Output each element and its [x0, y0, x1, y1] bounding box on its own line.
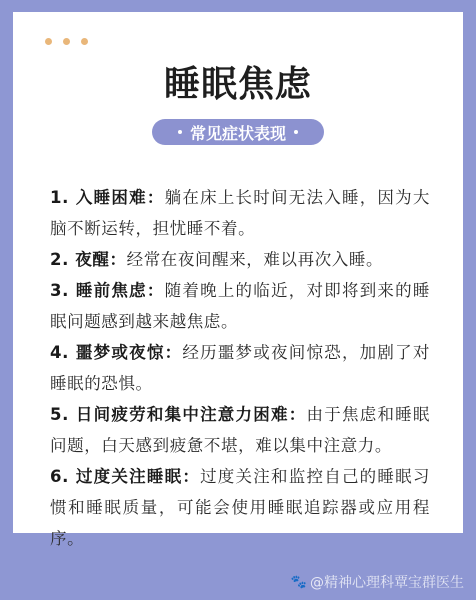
item-label: 6. 过度关注睡眠：: [50, 467, 200, 486]
item-label: 2. 夜醒：: [50, 250, 127, 269]
item-label: 4. 噩梦或夜惊：: [50, 343, 182, 362]
dot-icon: [81, 38, 88, 45]
section-badge: 常见症状表现: [152, 119, 324, 145]
dot-icon: [45, 38, 52, 45]
item-text: 经常在夜间醒来，难以再次入睡。: [127, 250, 384, 269]
decorative-dots: [45, 38, 88, 45]
item-label: 3. 睡前焦虑：: [50, 281, 165, 300]
page-title: 睡眠焦虑: [0, 56, 476, 107]
list-item: 1. 入睡困难：躺在床上长时间无法入睡，因为大脑不断运转，担忧睡不着。: [50, 182, 430, 244]
list-item: 6. 过度关注睡眠：过度关注和监控自己的睡眠习惯和睡眠质量，可能会使用睡眠追踪器…: [50, 461, 430, 554]
list-item: 3. 睡前焦虑：随着晚上的临近，对即将到来的睡眠问题感到越来越焦虑。: [50, 275, 430, 337]
bullet-icon: [178, 130, 182, 134]
watermark-text: @精神心理科覃宝群医生: [310, 572, 464, 592]
list-item: 5. 日间疲劳和集中注意力困难：由于焦虑和睡眠问题，白天感到疲惫不堪，难以集中注…: [50, 399, 430, 461]
item-label: 1. 入睡困难：: [50, 188, 165, 207]
list-item: 4. 噩梦或夜惊：经历噩梦或夜间惊恐，加剧了对睡眠的恐惧。: [50, 337, 430, 399]
bullet-icon: [294, 130, 298, 134]
symptom-list: 1. 入睡困难：躺在床上长时间无法入睡，因为大脑不断运转，担忧睡不着。 2. 夜…: [50, 182, 430, 554]
badge-label: 常见症状表现: [190, 121, 286, 144]
dot-icon: [63, 38, 70, 45]
list-item: 2. 夜醒：经常在夜间醒来，难以再次入睡。: [50, 244, 430, 275]
watermark: 🐾 @精神心理科覃宝群医生: [291, 572, 464, 592]
paw-icon: 🐾: [291, 575, 307, 590]
item-label: 5. 日间疲劳和集中注意力困难：: [50, 405, 307, 424]
